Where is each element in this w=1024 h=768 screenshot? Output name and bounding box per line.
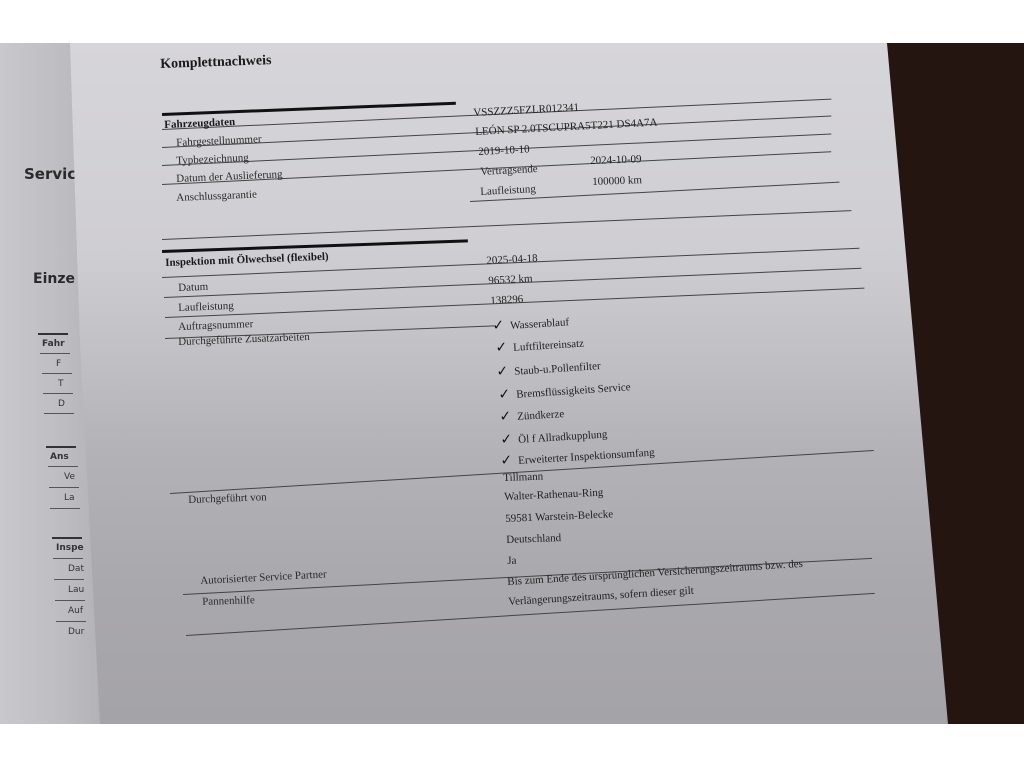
check-icon: ✓ (492, 318, 505, 334)
contract-end-value: 2024-10-09 (590, 153, 642, 167)
breakdown-assistance-label: Pannenhilfe (202, 594, 255, 608)
inspection-mileage-value: 96532 km (488, 273, 533, 287)
check-icon: ✓ (498, 387, 511, 403)
performed-by-label: Durchgeführt von (188, 491, 267, 506)
background-fragment: La (64, 493, 75, 503)
workshop-city: 59581 Warstein-Belecke (505, 508, 613, 525)
background-fragment: Dat (68, 564, 84, 574)
inspection-mileage-label: Laufleistung (178, 300, 234, 314)
authorized-partner-value: Ja (507, 555, 517, 567)
workshop-country: Deutschland (506, 532, 561, 546)
document-title: Komplettnachweis (160, 53, 272, 73)
delivery-date-value: 2019-10-10 (478, 143, 530, 158)
background-fragment: Ans (50, 452, 69, 462)
check-icon: ✓ (500, 432, 513, 448)
background-fragment: Dur (68, 627, 84, 637)
type-value: LEÓN SP 2.0TSCUPRA5T221 DS4A7A (475, 116, 658, 138)
extra-work-item: ✓Zündkerze (499, 405, 565, 426)
check-icon: ✓ (500, 453, 513, 469)
inspection-date-value: 2025-04-18 (486, 252, 538, 267)
extra-work-item: ✓Wasserablauf (492, 313, 570, 335)
type-label: Typbezeichnung (176, 152, 249, 167)
document-photo: Servic Einze Fahr F T D Ans Ve La Inspe … (0, 43, 1024, 724)
extra-work-item: ✓Bremsflüssigkeits Service (498, 378, 631, 404)
extended-warranty-label: Anschlussgarantie (176, 188, 257, 204)
contract-end-label: Vertragsende (480, 163, 538, 178)
extra-work-label: Durchgeführte Zusatzarbeiten (178, 331, 310, 348)
background-fragment: Lau (68, 585, 84, 595)
extra-work-item: ✓Staub-u.Pollenfilter (496, 357, 601, 381)
background-fragment: D (58, 399, 65, 409)
main-document-page: Komplettnachweis Fahrzeugdaten VSSZZZ5FZ… (70, 43, 950, 724)
background-fragment: Fahr (42, 339, 65, 349)
background-fragment: T (58, 379, 64, 389)
workshop-street: Walter-Rathenau-Ring (504, 487, 604, 503)
check-icon: ✓ (495, 340, 508, 356)
vin-label: Fahrgestellnummer (176, 133, 262, 149)
inspection-date-label: Datum (178, 281, 208, 294)
breakdown-assistance-value-line2: Verlängerungszeitraums, sofern dieser gi… (508, 585, 694, 608)
background-fragment: F (56, 359, 61, 369)
vehicle-data-heading: Fahrzeugdaten (164, 116, 235, 131)
background-fragment: Ve (64, 472, 75, 482)
delivery-date-label: Datum der Auslieferung (176, 168, 283, 185)
inspection-heading: Inspektion mit Ölwechsel (flexibel) (165, 251, 329, 269)
background-fragment: Auf (68, 606, 83, 616)
mileage-limit-value: 100000 km (592, 174, 642, 188)
check-icon: ✓ (499, 409, 512, 425)
breakdown-assistance-value-line1: Bis zum Ende des ursprünglichen Versiche… (507, 558, 803, 588)
extra-work-item: ✓Luftfiltereinsatz (495, 335, 584, 357)
mileage-limit-label: Laufleistung (480, 183, 536, 198)
workshop-name: Tillmann (503, 471, 543, 484)
background-page-subheading: Einze (33, 271, 75, 287)
background-fragment: Inspe (56, 543, 84, 553)
order-number-value: 138296 (490, 293, 524, 307)
background-page-heading: Servic (24, 165, 76, 183)
authorized-partner-label: Autorisierter Service Partner (200, 568, 327, 587)
extra-work-item: ✓Öl f Allradkupplung (500, 425, 608, 448)
order-number-label: Auftragsnummer (178, 318, 254, 333)
vin-value: VSSZZZ5FZLR012341 (473, 101, 579, 119)
check-icon: ✓ (496, 364, 509, 380)
